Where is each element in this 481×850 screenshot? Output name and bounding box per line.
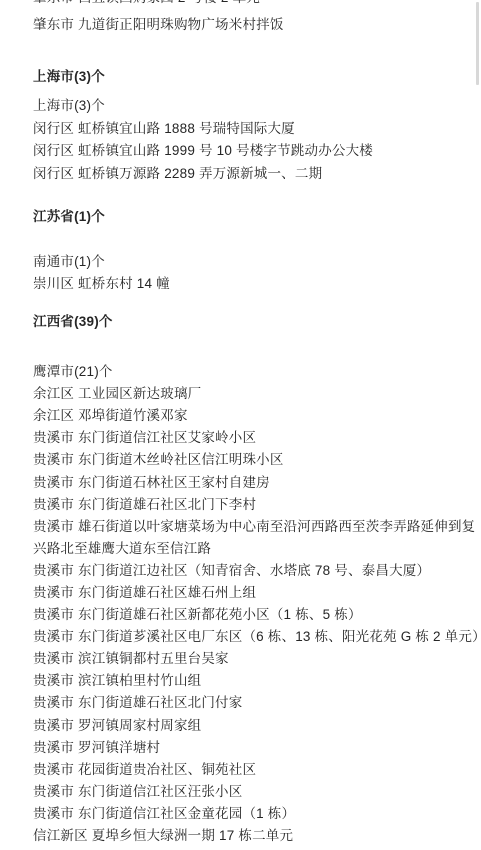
clipped-address-line: 肇东市 昌五镇国购家园 2 号楼 2 单元 (33, 0, 478, 9)
address-line: 贵溪市 东门街道信江社区金童花园（1 栋） (33, 803, 478, 825)
province-header: 江西省(39)个 (33, 311, 478, 333)
city-header: 鹰潭市(21)个 (33, 361, 478, 383)
address-line: 余江区 邓埠街道竹溪邓家 (33, 405, 478, 427)
province-header: 上海市(3)个 (33, 66, 478, 88)
address-line: 贵溪市 罗河镇周家村周家组 (33, 715, 478, 737)
scrollbar-thumb[interactable] (476, 2, 479, 85)
address-line: 贵溪市 东门街道雄石社区北门下李村 (33, 494, 478, 516)
address-line: 贵溪市 东门街道雄石社区新都花苑小区（1 栋、5 栋） (33, 604, 478, 626)
province-header: 江苏省(1)个 (33, 206, 478, 228)
city-header: 上海市(3)个 (33, 95, 478, 117)
address-line: 闵行区 虹桥镇宜山路 1888 号瑞特国际大厦 (33, 118, 478, 140)
address-line: 崇川区 虹桥东村 14 幢 (33, 273, 478, 295)
address-line: 肇东市 九道街正阳明珠购物广场米村拌饭 (33, 14, 478, 36)
address-line: 贵溪市 东门街道芗溪社区电厂东区（6 栋、13 栋、阳光花苑 G 栋 2 单元） (33, 626, 478, 648)
address-line: 贵溪市 滨江镇铜都村五里台吴家 (33, 648, 478, 670)
address-line: 贵溪市 东门街道雄石社区北门付家 (33, 692, 478, 714)
address-line: 贵溪市 东门街道信江社区汪张小区 (33, 781, 478, 803)
address-line: 贵溪市 东门街道信江社区艾家岭小区 (33, 427, 478, 449)
address-line: 贵溪市 雄石街道以叶家塘菜场为中心南至沿河西路西至茨李弄路延伸到复 (33, 516, 478, 538)
address-line: 闵行区 虹桥镇万源路 2289 弄万源新城一、二期 (33, 163, 478, 185)
risk-area-list: 肇东市 昌五镇国购家园 2 号楼 2 单元肇东市 九道街正阳明珠购物广场米村拌饭… (33, 0, 478, 847)
address-line: 贵溪市 东门街道石林社区王家村自建房 (33, 472, 478, 494)
city-header: 南通市(1)个 (33, 251, 478, 273)
address-line: 贵溪市 东门街道木丝岭社区信江明珠小区 (33, 449, 478, 471)
address-line: 贵溪市 罗河镇洋塘村 (33, 737, 478, 759)
address-line: 贵溪市 滨江镇柏里村竹山组 (33, 670, 478, 692)
address-line: 信江新区 夏埠乡恒大绿洲一期 17 栋二单元 (33, 825, 478, 847)
address-line-continuation: 兴路北至雄鹰大道东至信江路 (33, 538, 478, 560)
document-page: 肇东市 昌五镇国购家园 2 号楼 2 单元肇东市 九道街正阳明珠购物广场米村拌饭… (0, 0, 481, 850)
address-line: 贵溪市 花园街道贵冶社区、铜苑社区 (33, 759, 478, 781)
address-line: 贵溪市 东门街道雄石社区雄石州上组 (33, 582, 478, 604)
address-line: 余江区 工业园区新达玻璃厂 (33, 383, 478, 405)
address-line: 闵行区 虹桥镇宜山路 1999 号 10 号楼字节跳动办公大楼 (33, 140, 478, 162)
address-line: 贵溪市 东门街道江边社区（知青宿舍、水塔底 78 号、泰昌大厦） (33, 560, 478, 582)
